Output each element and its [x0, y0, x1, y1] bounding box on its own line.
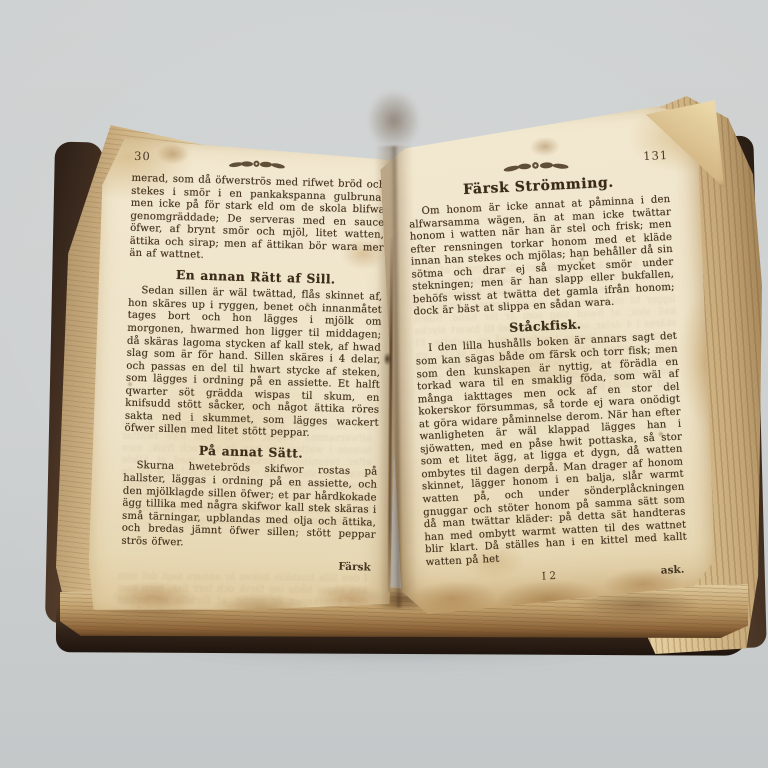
gathering-signature: I 2 [542, 570, 557, 583]
paragraph: Om honom är icke annat at påminna i den … [408, 194, 675, 320]
fleuron-ornament-icon [228, 154, 291, 175]
gutter-top-shadow [356, 92, 432, 188]
left-page-footer: Färsk [121, 555, 375, 576]
right-page-footer: I 2 ask. [426, 564, 688, 591]
gutter-shadow [375, 146, 418, 608]
paragraph: Sedan sillen är wäl twättad, flås skinne… [124, 285, 382, 443]
paragraph: Skurna hwetebröds skifwor rostas på hall… [121, 460, 377, 555]
catchword: Färsk [338, 561, 371, 574]
paragraph: I den lilla hushålls boken är annars sag… [415, 331, 688, 569]
photo-background: Om honom är icke annat at påminna i den … [0, 0, 768, 768]
left-page: Om honom är icke annat at påminna i den … [87, 138, 402, 618]
right-page-body: Om honom är icke annat at påminna i den … [408, 194, 687, 570]
fleuron-ornament-icon [502, 156, 573, 178]
left-page-body: merad, som då öfwerströs med rifwet bröd… [121, 173, 385, 555]
left-page-text-block: 30 merad, som då öfwerströs med rifwet b… [87, 138, 402, 618]
left-page-number: 30 [134, 149, 151, 163]
recipe-heading: På annat Sätt. [124, 443, 378, 463]
paragraph: merad, som då öfwerströs med rifwet bröd… [129, 173, 385, 268]
recipe-heading: En annan Rätt af Sill. [129, 268, 383, 288]
catchword: ask. [660, 564, 684, 577]
right-page-number: 131 [643, 148, 669, 163]
left-page-header: 30 [132, 149, 386, 174]
gutter-stain [382, 350, 393, 368]
